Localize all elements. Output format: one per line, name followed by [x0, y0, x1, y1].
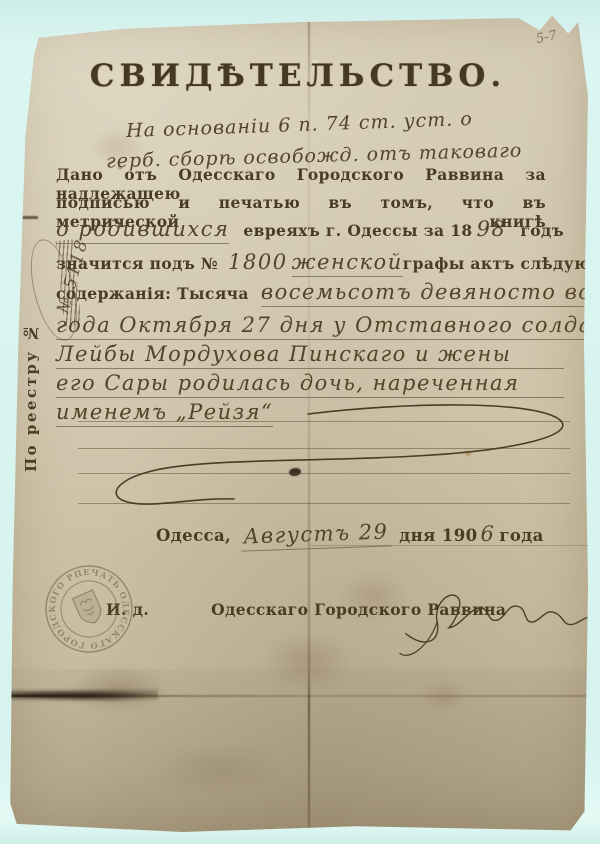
- body-line-7: Лейбы Мордухова Пинскаго и жены: [56, 342, 564, 369]
- certificate-title: СВИДѢТЕЛЬСТВО.: [8, 58, 588, 94]
- date-printed-mid: дня 190: [399, 526, 477, 545]
- body-line-5-printed: содержанія: Тысяча: [56, 284, 249, 303]
- left-edge-mark: [8, 216, 38, 219]
- entry-year-words-handwritten: восемьсотъ девяносто восьмого: [261, 280, 600, 307]
- body-line-6: года Октября 27 дня у Отставного солдата: [56, 313, 564, 340]
- body-line-3-end: годъ: [520, 221, 564, 240]
- rabbi-round-seal: ПЕЧАТЬ ОДЕССКАГО ГОРОДСКОГО РАВВИНА: [27, 547, 151, 671]
- paper-stain: [128, 734, 308, 804]
- body-line-5: содержанія: Тысяча восемьсотъ девяносто …: [56, 280, 564, 307]
- pencil-note: 5-7: [535, 28, 559, 47]
- rabbi-signature: [396, 570, 592, 666]
- body-line-3: о родившихся евреяхъ г. Одессы за 18 98 …: [56, 217, 564, 244]
- photo-background: 5-7 СВИДѢТЕЛЬСТВО. На основаніи 6 п. 74 …: [0, 0, 600, 844]
- stamp-duty-exemption-line-1: На основаніи 6 п. 74 ст. уст. о: [126, 108, 473, 142]
- fold-ink-smear: [8, 688, 158, 702]
- entry-act-number-handwritten: 1800: [228, 250, 287, 274]
- city-label: Одесса,: [156, 526, 231, 545]
- entry-date-father-handwritten: года Октября 27 дня у Отставного солдата: [56, 313, 600, 340]
- body-line-4: значится подъ № 1800 женской графы актъ …: [56, 250, 564, 277]
- body-line-3-printed: евреяхъ г. Одессы за 18: [243, 221, 472, 240]
- date-month-day-handwritten: Августъ 29: [241, 519, 392, 551]
- entry-year-handwritten: 98: [477, 217, 507, 241]
- closing-flourish-stroke: [76, 398, 576, 520]
- entry-father-name-handwritten: Лейбы Мордухова Пинскаго и жены: [56, 342, 564, 369]
- date-printed-end: года: [499, 526, 543, 545]
- body-line-8: его Сары родилась дочь, нареченная: [56, 371, 564, 398]
- entry-column-handwritten: женской: [292, 250, 403, 277]
- entry-mother-daughter-handwritten: его Сары родилась дочь, нареченная: [56, 371, 564, 398]
- seal-shield: [72, 590, 105, 627]
- date-year-digit-handwritten: 6: [480, 522, 495, 546]
- body-line-4-end: графы актъ слѣдующаго: [403, 254, 600, 273]
- date-line: Одесса, Августъ 29 дня 190 6 года: [156, 522, 544, 549]
- certificate-paper: 5-7 СВИДѢТЕЛЬСТВО. На основаніи 6 п. 74 …: [8, 14, 588, 832]
